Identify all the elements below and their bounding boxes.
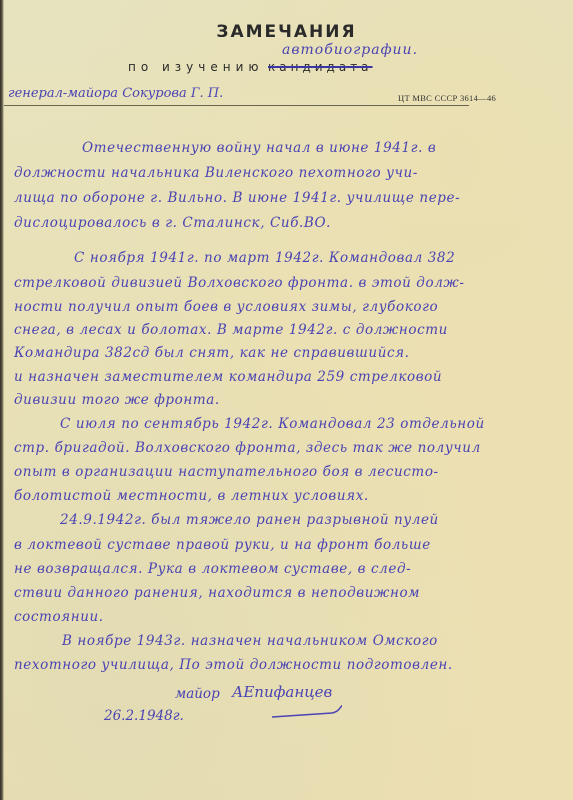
text-line: должности начальника Виленского пехотног… — [14, 165, 418, 181]
text-line: снега, в лесах и болотах. В марте 1942г.… — [14, 322, 448, 338]
page-binding-edge — [0, 0, 4, 800]
subject-rank-and-name: генерал-майора Сокурова Г. П. — [8, 86, 223, 101]
text-line: не возвращался. Рука в локтевом суставе,… — [14, 561, 411, 577]
text-line: Командира 382сд был снят, как не справив… — [14, 345, 410, 361]
text-line: ствии данного ранения, находится в непод… — [14, 585, 420, 601]
document-title: ЗАМЕЧАНИЯ — [0, 22, 573, 42]
text-line: лища по обороне г. Вильно. В июне 1941г.… — [14, 190, 460, 206]
text-line: С ноября 1941г. по март 1942г. Командова… — [74, 250, 455, 266]
text-line: дислоцировалось в г. Сталинск, Сиб.ВО. — [14, 215, 331, 231]
handwritten-insert: автобиографии. — [282, 42, 418, 58]
text-line: 24.9.1942г. был тяжело ранен разрывной п… — [60, 512, 439, 528]
text-line: стрелковой дивизией Волховского фронта. … — [14, 275, 465, 291]
text-line: дивизии того же фронта. — [14, 392, 220, 408]
text-line: Отечественную войну начал в июне 1941г. … — [82, 140, 436, 156]
text-line: стр. бригадой. Волховского фронта, здесь… — [14, 440, 481, 456]
document-subtitle: по изучению — [128, 60, 264, 74]
text-line: В ноябре 1943г. назначен начальником Омс… — [62, 633, 438, 649]
text-line: состоянии. — [14, 609, 104, 625]
text-line: С июля по сентябрь 1942г. Командовал 23 … — [60, 416, 485, 432]
signature-flourish-icon — [232, 683, 342, 723]
text-line: пехотного училища, По этой должности под… — [14, 657, 453, 673]
text-line: болотистой местности, в летних условиях. — [14, 488, 369, 504]
signature-date: 26.2.1948г. — [104, 708, 184, 724]
text-line: ности получил опыт боев в условиях зимы,… — [14, 299, 438, 315]
form-code: ЦТ МВС СССР 3614—46 — [398, 93, 496, 103]
struck-out-word: кандидата — [268, 60, 373, 74]
text-line: в локтевой суставе правой руки, и на фро… — [14, 537, 431, 553]
name-underline — [4, 105, 469, 106]
signature-rank: майор — [175, 686, 220, 702]
text-line: опыт в организации наступательного боя в… — [14, 464, 439, 480]
text-line: и назначен заместителем командира 259 ст… — [14, 369, 442, 385]
